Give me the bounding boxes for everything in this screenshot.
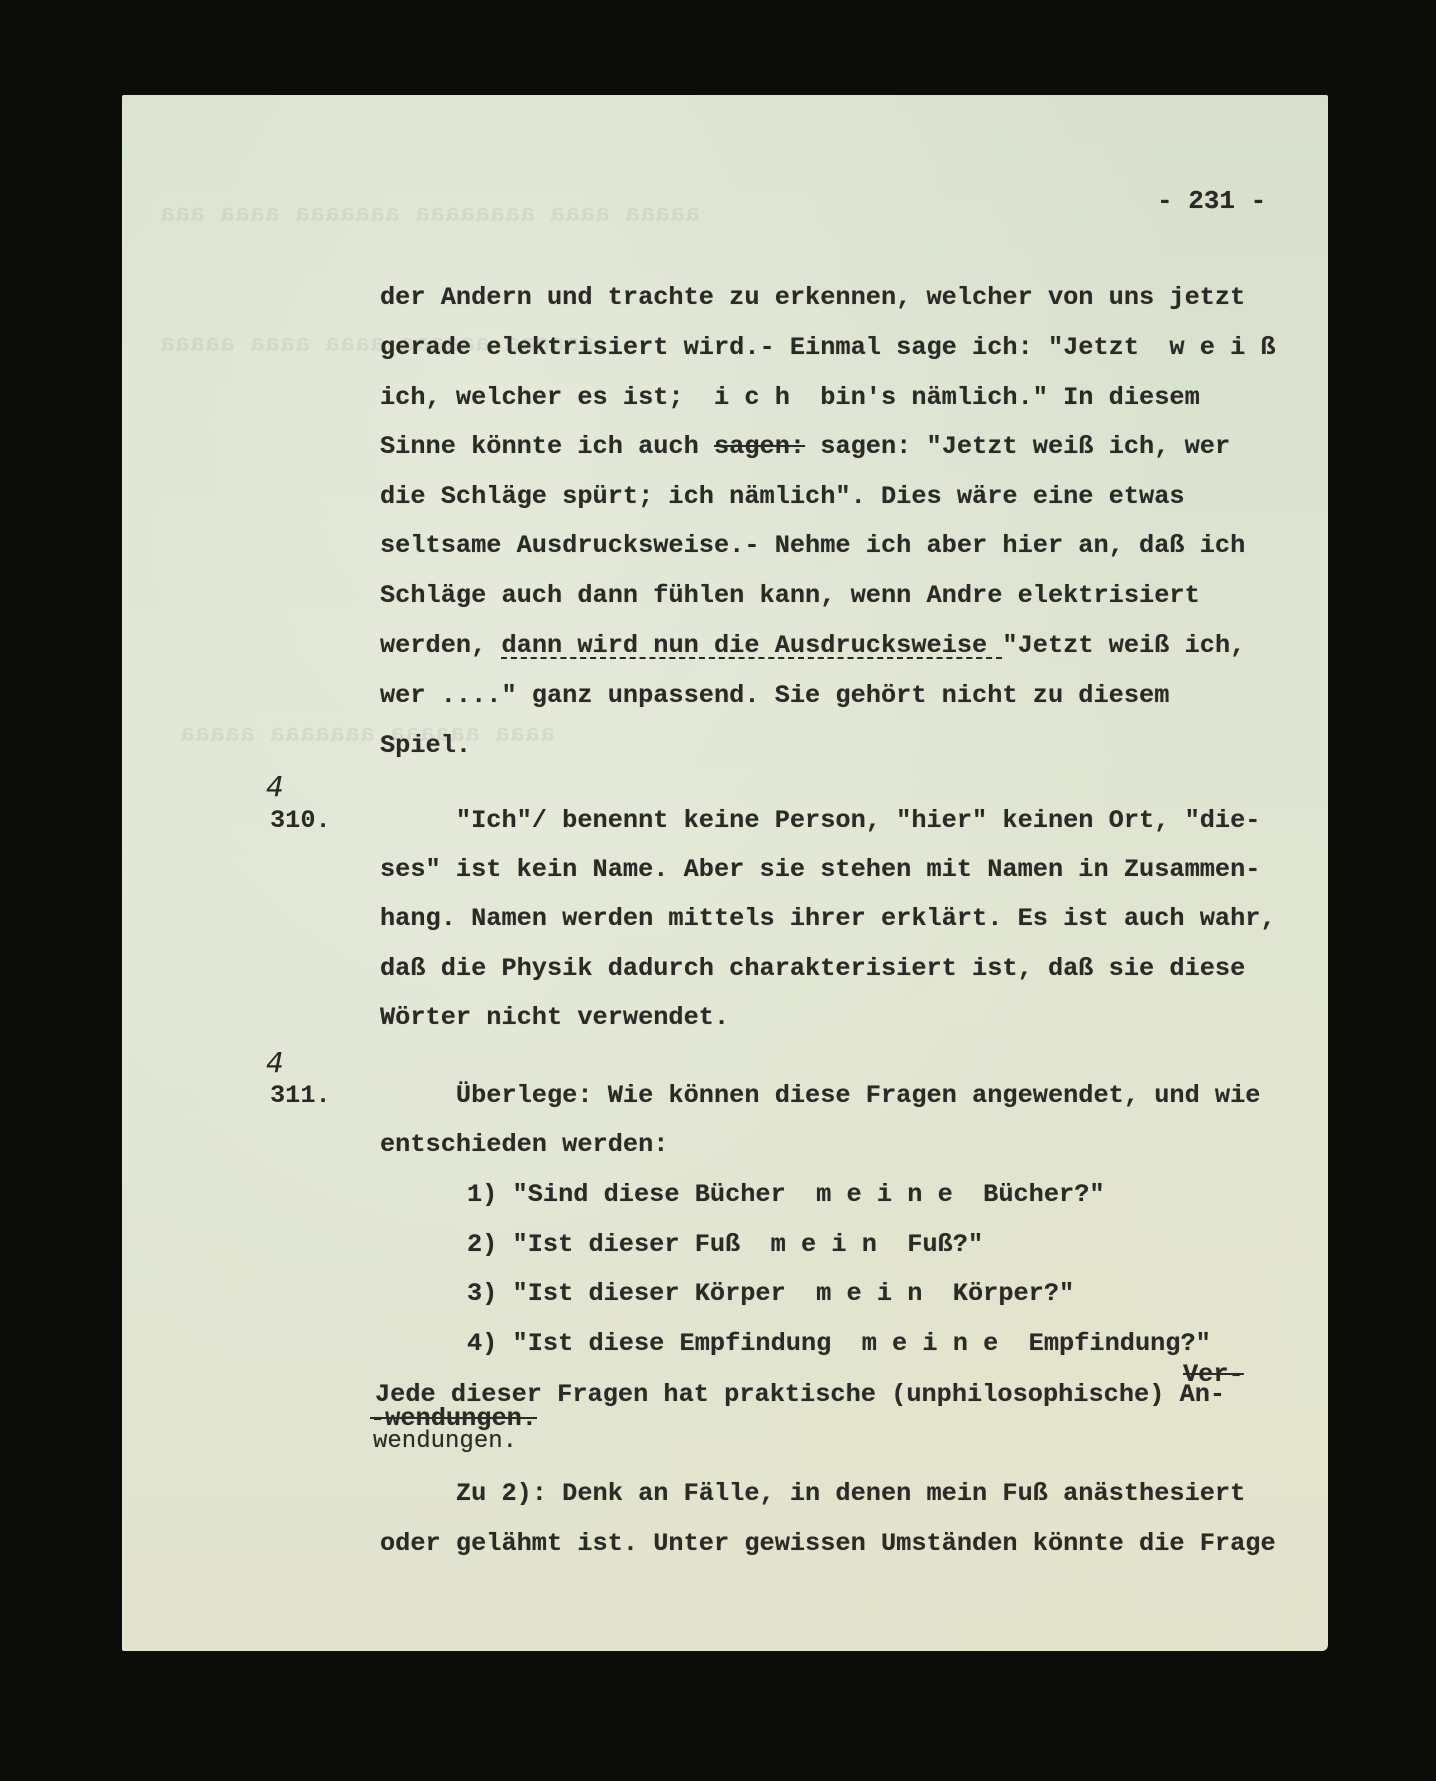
text-line: oder gelähmt ist. Unter gewissen Umständ… [380, 1531, 1276, 1556]
question-item: 2) "Ist dieser Fuß m e i n Fuß?" [467, 1232, 983, 1257]
text-line: hang. Namen werden mittels ihrer erklärt… [380, 906, 1276, 931]
text-line: wendungen. [373, 1430, 517, 1454]
text-line: Schläge auch dann fühlen kann, wenn Andr… [380, 583, 1200, 608]
text-line: ich, welcher es ist; i c h bin's nämlich… [380, 385, 1200, 410]
text-line: ses" ist kein Name. Aber sie stehen mit … [380, 857, 1260, 882]
text-line: Sinne könnte ich auch sagen: sagen: "Jet… [380, 434, 1230, 459]
text-line: Spiel. [380, 733, 471, 758]
handwritten-correction: 4 [266, 1046, 284, 1079]
bleed-through-text: aaaa aaaaaa aaaaaaa aaaaa [180, 720, 555, 749]
text-line: gerade elektrisiert wird.- Einmal sage i… [380, 335, 1276, 360]
question-item: 1) "Sind diese Bücher m e i n e Bücher?" [467, 1182, 1105, 1207]
text-segment: sagen: "Jetzt weiß ich, wer [805, 432, 1230, 461]
text-segment: Sinne könnte ich auch [380, 432, 714, 461]
text-line: entschieden werden: [380, 1132, 668, 1157]
text-line: "Ich"/ benennt keine Person, "hier" kein… [380, 808, 1260, 833]
question-item: 4) "Ist diese Empfindung m e i n e Empfi… [467, 1331, 1211, 1356]
text-line: seltsame Ausdrucksweise.- Nehme ich aber… [380, 533, 1245, 558]
text-line: werden, dann wird nun die Ausdrucksweise… [380, 633, 1245, 658]
text-line: Wörter nicht verwendet. [380, 1005, 729, 1030]
text-line: wer ...." ganz unpassend. Sie gehört nic… [380, 683, 1169, 708]
text-line: Überlege: Wie können diese Fragen angewe… [380, 1083, 1260, 1108]
bleed-through-text: aaaaa aaaa aaaaaaaa aaaaaaa aaaa aaa [160, 200, 700, 229]
text-segment: "Jetzt weiß ich, [1002, 631, 1245, 660]
struck-word: sagen: [714, 432, 805, 461]
text-line: daß die Physik dadurch charakterisiert i… [380, 956, 1245, 981]
section-number-311: 311. [270, 1083, 331, 1108]
underlined-phrase: dann wird nun die Ausdrucksweise [501, 631, 1002, 660]
text-segment: werden, [380, 631, 501, 660]
section-number-310: 310. [270, 808, 331, 833]
text-line: Zu 2): Denk an Fälle, in denen mein Fuß … [380, 1481, 1245, 1506]
text-line: der Andern und trachte zu erkennen, welc… [380, 285, 1245, 310]
text-line: die Schläge spürt; ich nämlich". Dies wä… [380, 484, 1185, 509]
page-number: - 231 - [1157, 188, 1266, 214]
question-item: 3) "Ist dieser Körper m e i n Körper?" [467, 1281, 1074, 1306]
handwritten-correction: 4 [266, 770, 284, 803]
